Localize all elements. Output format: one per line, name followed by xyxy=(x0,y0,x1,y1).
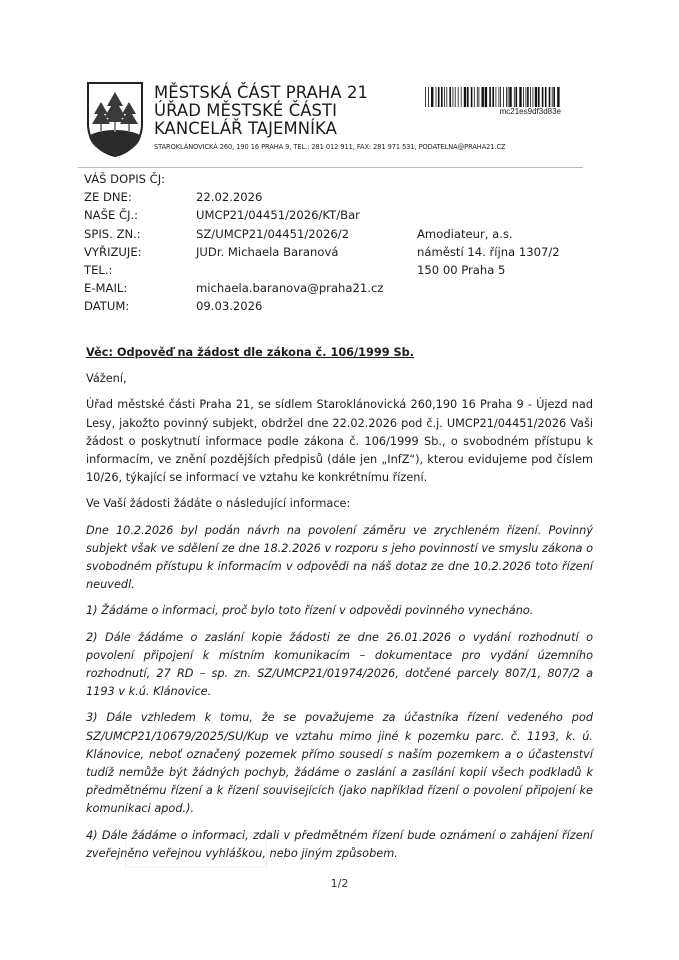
reference-row: TEL.: xyxy=(84,261,383,279)
barcode xyxy=(425,87,561,107)
lead-paragraph: Ve Vaší žádosti žádáte o následující inf… xyxy=(86,495,593,513)
reference-row: DATUM:09.03.2026 xyxy=(84,297,383,315)
reference-label: VÁŠ DOPIS ČJ: xyxy=(84,170,196,188)
reference-value: 09.03.2026 xyxy=(196,297,262,315)
subject-line: Věc: Odpověď na žádost dle zákona č. 106… xyxy=(86,344,593,362)
reference-label: NAŠE ČJ.: xyxy=(84,206,196,224)
reference-row: NAŠE ČJ.:UMCP21/04451/2026/KT/Bar xyxy=(84,206,383,224)
header-divider xyxy=(78,167,583,168)
reference-row: VÁŠ DOPIS ČJ: xyxy=(84,170,383,188)
request-item-3: 3) Dále vzhledem k tomu, že se považujem… xyxy=(86,709,593,818)
reference-label: SPIS. ZN.: xyxy=(84,225,196,243)
letter-body: Věc: Odpověď na žádost dle zákona č. 106… xyxy=(86,344,593,871)
reference-value: 22.02.2026 xyxy=(196,188,262,206)
reference-row: E-MAIL:michaela.baranova@praha21.cz xyxy=(84,279,383,297)
org-address: STAROKLÁNOVICKÁ 260, 190 16 PRAHA 9, TEL… xyxy=(154,143,506,152)
intro-paragraph: Úřad městské části Praha 21, se sídlem S… xyxy=(86,396,593,487)
reference-row: VYŘIZUJE:JUDr. Michaela Baranová xyxy=(84,243,383,261)
reference-label: VYŘIZUJE: xyxy=(84,243,196,261)
reference-label: DATUM: xyxy=(84,297,196,315)
reference-row: SPIS. ZN.:SZ/UMCP21/04451/2026/2 xyxy=(84,225,383,243)
reference-value: SZ/UMCP21/04451/2026/2 xyxy=(196,225,349,243)
recipient-address: Amodiateur, a.s. náměstí 14. října 1307/… xyxy=(417,225,560,280)
reference-value: UMCP21/04451/2026/KT/Bar xyxy=(196,206,360,224)
reference-row: ZE DNE:22.02.2026 xyxy=(84,188,383,206)
recipient-company: Amodiateur, a.s. xyxy=(417,225,560,243)
request-item-2: 2) Dále žádáme o zaslání kopie žádosti z… xyxy=(86,629,593,702)
coat-of-arms-trees-icon xyxy=(85,80,145,158)
reference-value: michaela.baranova@praha21.cz xyxy=(196,279,383,297)
org-department-line: KANCELÁŘ TAJEMNÍKA xyxy=(154,120,506,138)
barcode-text: mc21es9df3d83e xyxy=(425,107,561,116)
reference-label: TEL.: xyxy=(84,261,196,279)
faint-stamp-bleedthrough xyxy=(125,836,267,868)
recipient-city: 150 00 Praha 5 xyxy=(417,261,560,279)
reference-label: ZE DNE: xyxy=(84,188,196,206)
reference-value: JUDr. Michaela Baranová xyxy=(196,243,338,261)
reference-block: VÁŠ DOPIS ČJ:ZE DNE:22.02.2026NAŠE ČJ.:U… xyxy=(84,170,383,316)
recipient-street: náměstí 14. října 1307/2 xyxy=(417,243,560,261)
reference-label: E-MAIL: xyxy=(84,279,196,297)
request-item-1: 1) Žádáme o informaci, proč bylo toto ří… xyxy=(86,602,593,620)
salutation: Vážení, xyxy=(86,370,593,388)
letter-page: MĚSTSKÁ ČÁST PRAHA 21 ÚŘAD MĚSTSKÉ ČÁSTI… xyxy=(0,0,679,960)
quoted-context: Dne 10.2.2026 byl podán návrh na povolen… xyxy=(86,522,593,595)
page-number: 1/2 xyxy=(0,877,679,890)
